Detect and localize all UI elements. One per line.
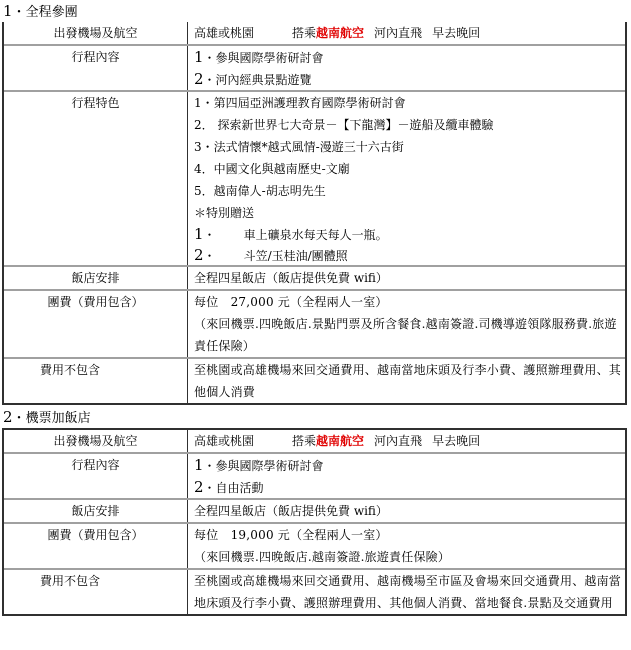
departure-schedule: 早去晚回 [432,434,480,448]
row-fee: 團費（費用包含） 每位 19,000 元（全程兩人一室） （來回機票.四晚飯店.… [3,523,626,569]
itinerary-value: 1・參與國際學術研討會 2・河內經典景點遊覽 [188,45,627,91]
row-fee: 團費（費用包含） 每位 27,000 元（全程兩人一室） （來回機票.四晚飯店.… [3,290,626,358]
departure-airports: 高雄或桃園 [194,434,254,448]
hotel-value: 全程四星飯店（飯店提供免費 wifi） [188,266,627,290]
fee-includes: （來回機票.四晚飯店.景點門票及所含餐食.越南簽證.司機導遊領隊服務費.旅遊責任… [194,317,617,353]
departure-airports: 高雄或桃園 [194,26,254,40]
itinerary-item: 1・參與國際學術研討會 [194,454,625,476]
hotel-value: 全程四星飯店（飯店提供免費 wifi） [188,499,627,523]
row-excluded: 費用不包含 至桃園或高雄機場來回交通費用、越南機場至市區及會場來回交通費用、越南… [3,569,626,615]
departure-label: 出發機場及航空 [3,22,188,45]
feature-item: 3・法式情懷*越式風情-漫遊三十六古街 [194,136,625,158]
gift-title: ＊特別贈送 [194,202,625,223]
departure-route: 河內直飛 [374,26,422,40]
airline-name: 越南航空 [316,26,364,40]
departure-schedule: 早去晚回 [432,26,480,40]
hotel-label: 飯店安排 [3,499,188,523]
section-2-title: 2・機票加飯店 [3,409,91,427]
features-label: 行程特色 [3,91,188,266]
gift-item: 1・車上礦泉水每天每人一瓶。 [194,223,625,244]
row-itinerary: 行程內容 1・參與國際學術研討會 2・河內經典景點遊覽 [3,45,626,91]
section-2-separator: ・ [13,411,26,426]
fee-value: 每位 27,000 元（全程兩人一室） （來回機票.四晚飯店.景點門票及所含餐食… [188,290,627,358]
fee-label: 團費（費用包含） [3,290,188,358]
section-1-number: 1 [3,2,13,20]
fee-label: 團費（費用包含） [3,523,188,569]
itinerary-label: 行程內容 [3,453,188,499]
hotel-label: 飯店安排 [3,266,188,290]
departure-value: 高雄或桃園搭乘越南航空河內直飛早去晚回 [188,22,627,45]
feature-item: 1・第四屆亞洲護理教育國際學術研討會 [194,92,625,114]
excluded-value: 至桃園或高雄機場來回交通費用、越南機場至市區及會場來回交通費用、越南當地床頭及行… [188,569,627,615]
itinerary-label: 行程內容 [3,45,188,91]
itinerary-item: 2・自由活動 [194,476,625,498]
departure-value: 高雄或桃園搭乘越南航空河內直飛早去晚回 [188,429,627,453]
row-itinerary: 行程內容 1・參與國際學術研討會 2・自由活動 [3,453,626,499]
excluded-label: 費用不包含 [3,358,188,404]
fee-value: 每位 19,000 元（全程兩人一室） （來回機票.四晚飯店.越南簽證.旅遊責任… [188,523,627,569]
fee-price: 每位 27,000 元（全程兩人一室） [194,291,625,313]
departure-route: 河內直飛 [374,434,422,448]
excluded-label: 費用不包含 [3,569,188,615]
itinerary-item: 2・河內經典景點遊覽 [194,68,625,90]
row-excluded: 費用不包含 至桃園或高雄機場來回交通費用、越南當地床頭及行李小費、護照辦理費用、… [3,358,626,404]
section-1-title: 1・全程參團 [3,3,78,21]
excluded-value: 至桃園或高雄機場來回交通費用、越南當地床頭及行李小費、護照辦理費用、其他個人消費 [188,358,627,404]
departure-label: 出發機場及航空 [3,429,188,453]
section-1-table: 出發機場及航空 高雄或桃園搭乘越南航空河內直飛早去晚回 行程內容 1・參與國際學… [2,22,627,405]
row-hotel: 飯店安排 全程四星飯店（飯店提供免費 wifi） [3,499,626,523]
fee-includes: （來回機票.四晚飯店.越南簽證.旅遊責任保險） [194,546,625,568]
section-1-separator: ・ [13,5,26,20]
row-features: 行程特色 1・第四屆亞洲護理教育國際學術研討會 2． 探索新世界七大奇景－【下龍… [3,91,626,266]
departure-take: 搭乘 [292,434,316,448]
feature-item: 5．越南偉人-胡志明先生 [194,180,625,202]
section-2-number: 2 [3,408,13,426]
itinerary-value: 1・參與國際學術研討會 2・自由活動 [188,453,627,499]
itinerary-item: 1・參與國際學術研討會 [194,46,625,68]
feature-item: 2． 探索新世界七大奇景－【下龍灣】－遊船及纜車體驗 [194,114,625,136]
fee-price: 每位 19,000 元（全程兩人一室） [194,524,625,546]
gift-item: 2・斗笠/玉桂油/團體照 [194,244,625,265]
section-1-title-text: 全程參團 [26,5,78,20]
section-2-title-text: 機票加飯店 [26,411,91,426]
feature-item: 4．中國文化與越南歷史-文廟 [194,158,625,180]
airline-name: 越南航空 [316,434,364,448]
row-departure: 出發機場及航空 高雄或桃園搭乘越南航空河內直飛早去晚回 [3,22,626,45]
departure-take: 搭乘 [292,26,316,40]
features-value: 1・第四屆亞洲護理教育國際學術研討會 2． 探索新世界七大奇景－【下龍灣】－遊船… [188,91,627,266]
row-hotel: 飯店安排 全程四星飯店（飯店提供免費 wifi） [3,266,626,290]
row-departure: 出發機場及航空 高雄或桃園搭乘越南航空河內直飛早去晚回 [3,429,626,453]
section-2-table: 出發機場及航空 高雄或桃園搭乘越南航空河內直飛早去晚回 行程內容 1・參與國際學… [2,428,627,616]
